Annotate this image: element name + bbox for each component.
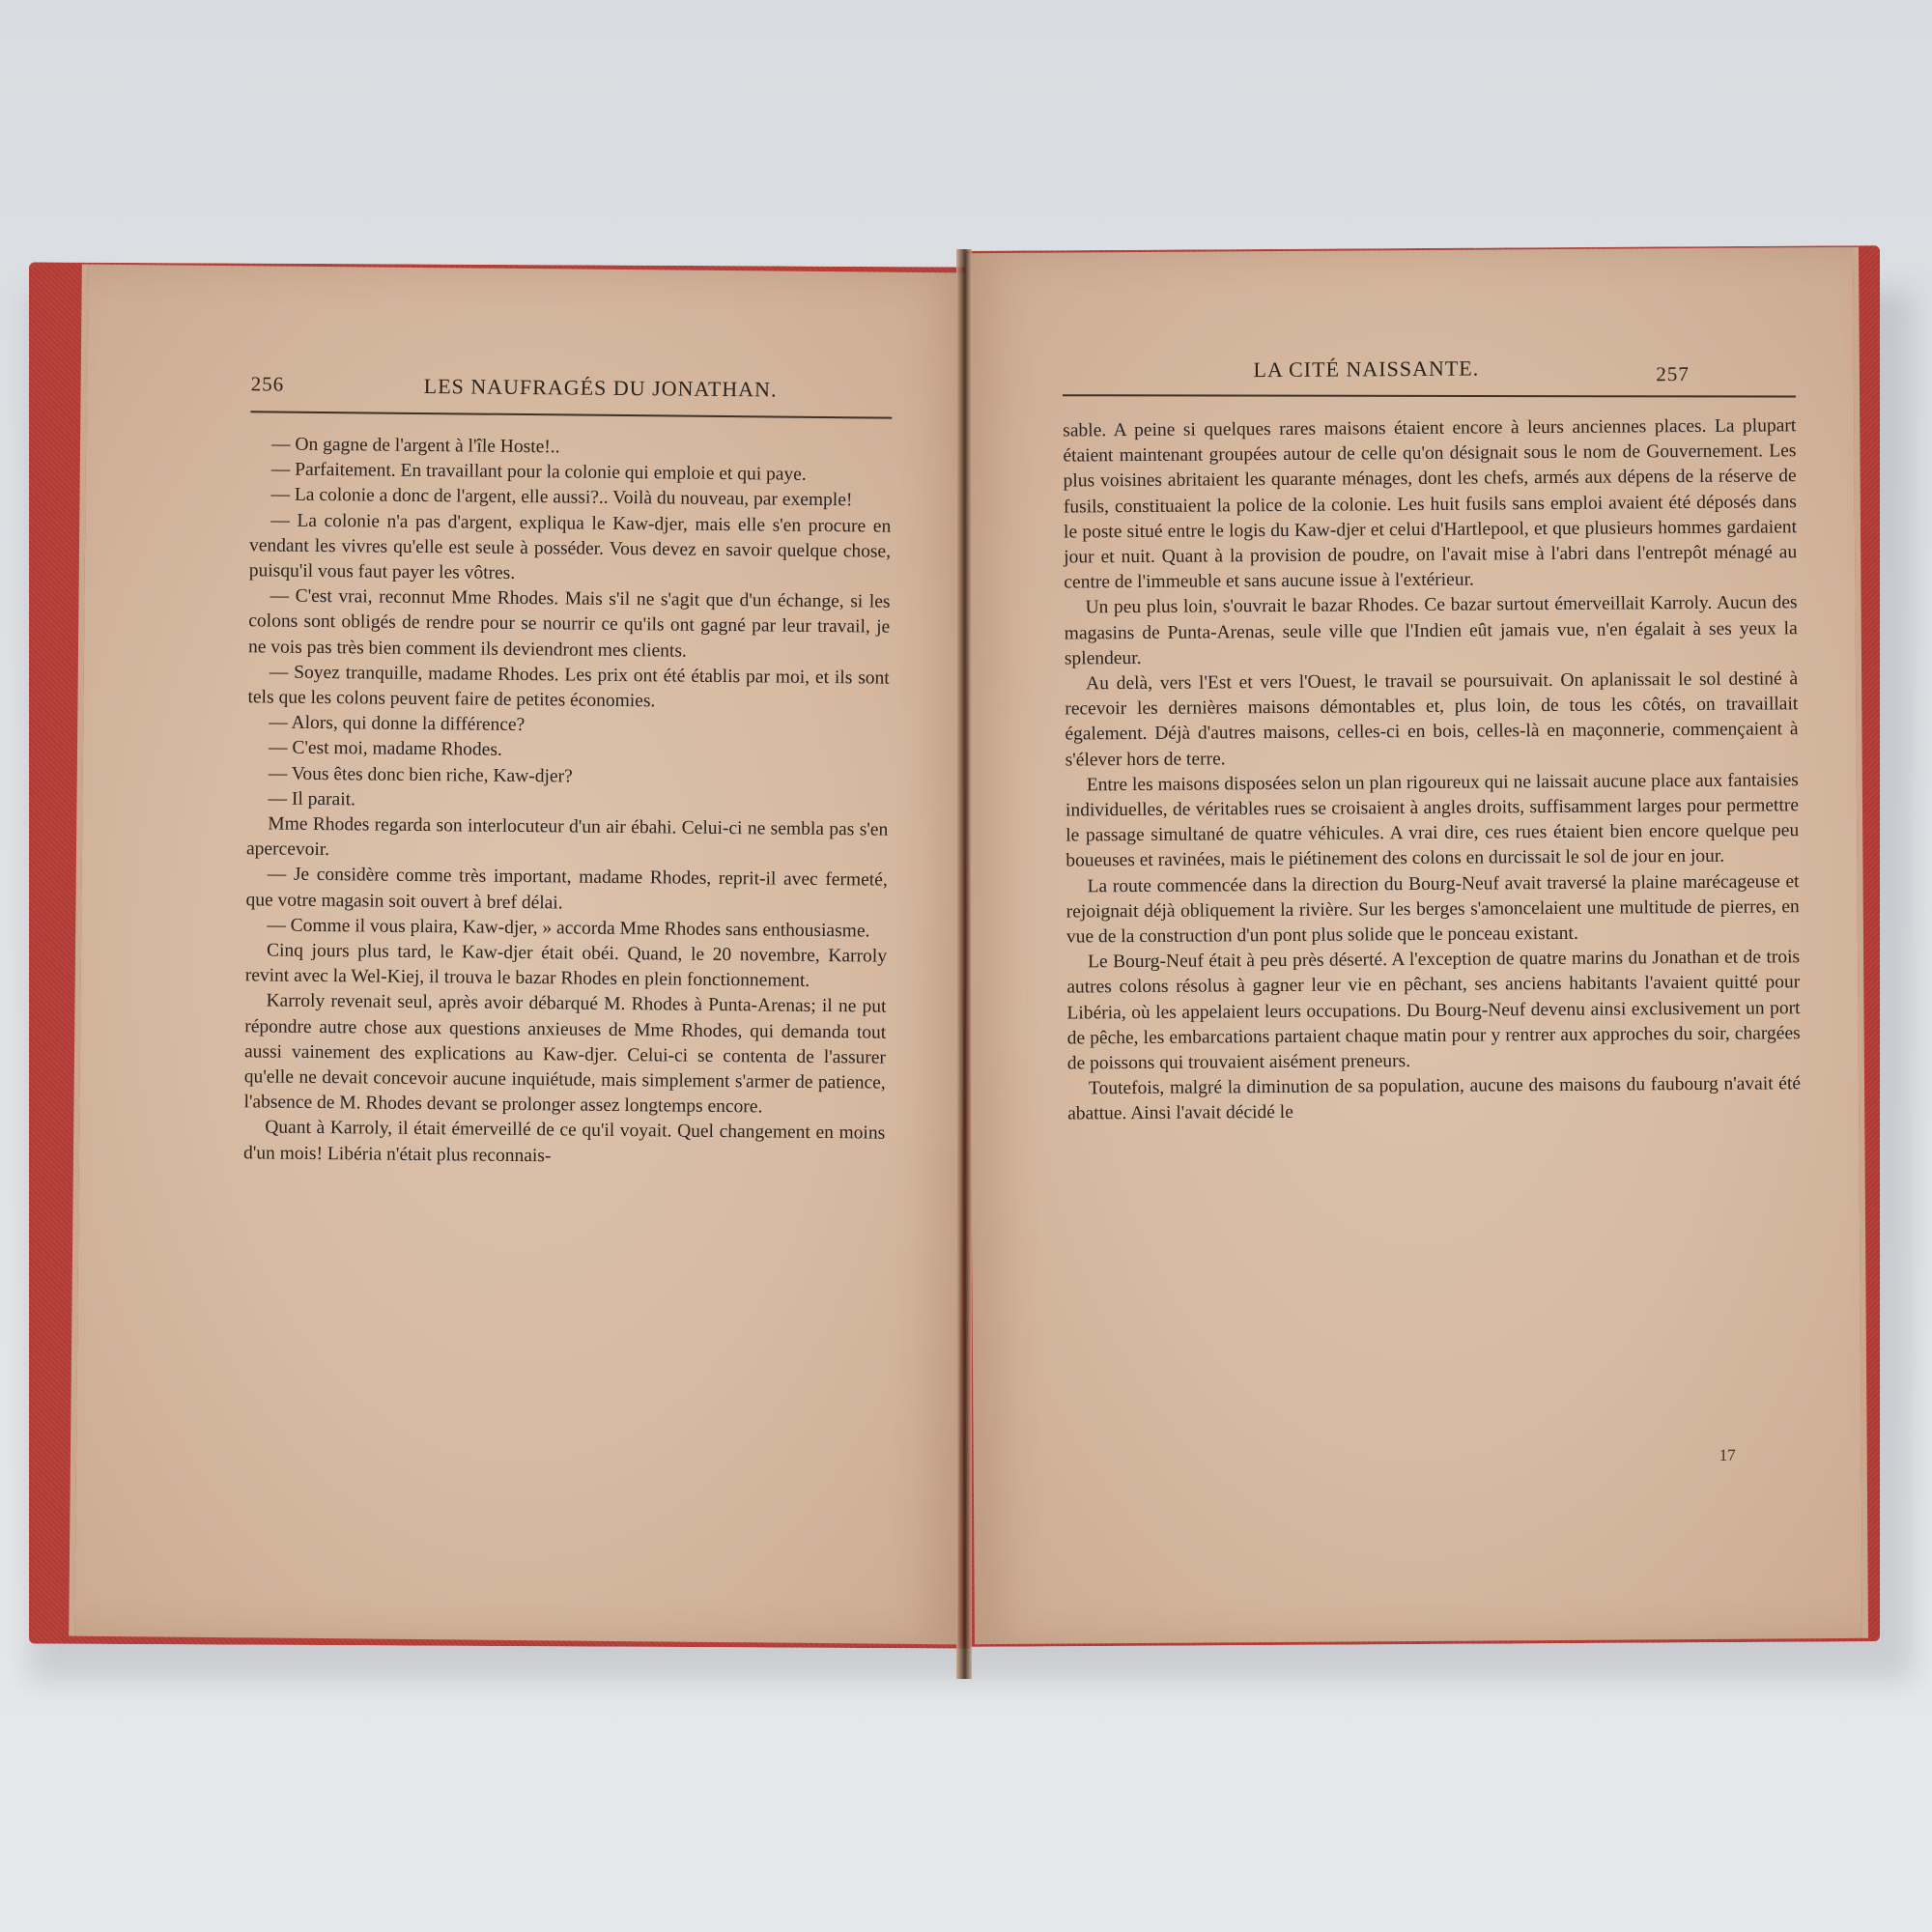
- paragraph: Au delà, vers l'Est et vers l'Ouest, le …: [1065, 667, 1799, 773]
- paragraph: Entre les maisons disposées selon un pla…: [1065, 768, 1800, 874]
- paragraph: Cinq jours plus tard, le Kaw-djer était …: [245, 938, 887, 995]
- paragraph: Quant à Karroly, il était émerveillé de …: [243, 1116, 885, 1173]
- paragraph: Un peu plus loin, s'ouvrait le bazar Rho…: [1064, 591, 1798, 672]
- paragraph: Toutefois, malgré la diminution de sa po…: [1067, 1072, 1801, 1128]
- paragraph: — Je considère comme très important, mad…: [245, 863, 887, 920]
- paragraph: Le Bourg-Neuf était à peu près déserté. …: [1066, 945, 1801, 1076]
- paragraph: — La colonie n'a pas d'argent, expliqua …: [249, 508, 892, 590]
- paragraph: — C'est vrai, reconnut Mme Rhodes. Mais …: [248, 584, 891, 667]
- right-page-number: 257: [1656, 362, 1690, 386]
- right-page: LA CITÉ NAISSANTE. 257 sable. A peine si…: [965, 247, 1868, 1644]
- left-page-number: 256: [251, 372, 285, 396]
- left-page: 256 LES NAUFRAGÉS DU JONATHAN. — On gagn…: [69, 265, 971, 1645]
- left-running-head: 256 LES NAUFRAGÉS DU JONATHAN.: [251, 372, 893, 403]
- right-page-text: sable. A peine si quelques rares maisons…: [1063, 413, 1801, 1127]
- signature-mark: 17: [1719, 1446, 1736, 1465]
- left-header-rule: [250, 411, 892, 418]
- paragraph: — Soyez tranquille, madame Rhodes. Les p…: [247, 660, 889, 717]
- right-header-rule: [1063, 394, 1796, 397]
- left-page-text: — On gagne de l'argent à l'île Hoste!.. …: [243, 432, 892, 1172]
- paragraph: La route commencée dans la direction du …: [1065, 869, 1800, 951]
- paragraph: sable. A peine si quelques rares maisons…: [1063, 413, 1797, 596]
- paragraph: Karroly revenait seul, après avoir débar…: [243, 989, 886, 1122]
- left-running-title: LES NAUFRAGÉS DU JONATHAN.: [251, 372, 893, 403]
- paragraph: Mme Rhodes regarda son interlocuteur d'u…: [246, 811, 888, 868]
- right-running-head: LA CITÉ NAISSANTE. 257: [1063, 355, 1670, 384]
- book-gutter: [956, 249, 972, 1679]
- right-running-title: LA CITÉ NAISSANTE.: [1063, 355, 1670, 384]
